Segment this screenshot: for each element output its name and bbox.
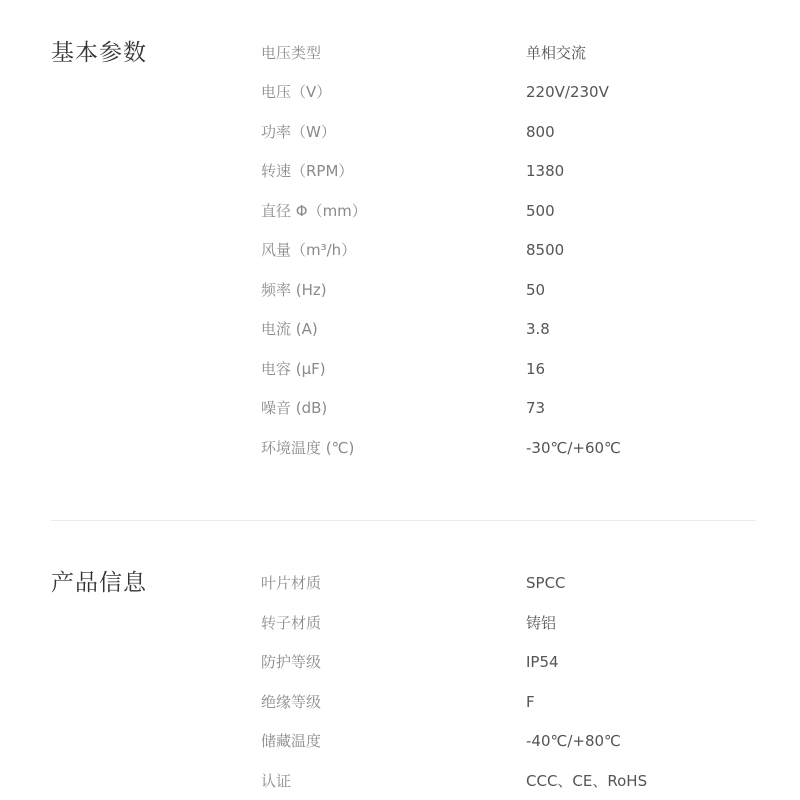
spec-value: F xyxy=(526,690,535,714)
spec-row: 叶片材质 SPCC xyxy=(0,571,800,595)
spec-label: 噪音 (dB) xyxy=(261,396,327,420)
spec-value: 16 xyxy=(526,357,545,381)
spec-label: 转子材质 xyxy=(261,611,321,635)
spec-row: 直径 Φ（mm） 500 xyxy=(0,199,800,223)
spec-row: 防护等级 IP54 xyxy=(0,650,800,674)
spec-row: 储藏温度 -40℃/+80℃ xyxy=(0,729,800,753)
spec-value: CCC、CE、RoHS xyxy=(526,769,647,793)
spec-label: 叶片材质 xyxy=(261,571,321,595)
spec-value: IP54 xyxy=(526,650,559,674)
spec-row: 功率（W） 800 xyxy=(0,120,800,144)
spec-value: 单相交流 xyxy=(526,41,586,65)
spec-label: 储藏温度 xyxy=(261,729,321,753)
spec-label: 电压（V） xyxy=(261,80,331,104)
spec-label: 电流 (A) xyxy=(261,317,318,341)
spec-label: 直径 Φ（mm） xyxy=(261,199,367,223)
spec-label: 功率（W） xyxy=(261,120,336,144)
spec-row: 噪音 (dB) 73 xyxy=(0,396,800,420)
spec-value: 1380 xyxy=(526,159,564,183)
spec-row: 环境温度 (℃) -30℃/+60℃ xyxy=(0,436,800,460)
spec-label: 绝缘等级 xyxy=(261,690,321,714)
spec-label: 电压类型 xyxy=(261,41,321,65)
spec-value: 铸铝 xyxy=(526,611,556,635)
spec-row: 风量（m³/h） 8500 xyxy=(0,238,800,262)
spec-value: -30℃/+60℃ xyxy=(526,436,621,460)
spec-value: 50 xyxy=(526,278,545,302)
spec-value: 8500 xyxy=(526,238,564,262)
spec-row: 电压（V） 220V/230V xyxy=(0,80,800,104)
spec-value: 500 xyxy=(526,199,555,223)
spec-value: 3.8 xyxy=(526,317,550,341)
spec-label: 认证 xyxy=(261,769,291,793)
spec-value: 800 xyxy=(526,120,555,144)
spec-label: 电容 (μF) xyxy=(261,357,326,381)
spec-row: 转子材质 铸铝 xyxy=(0,611,800,635)
spec-row: 电压类型 单相交流 xyxy=(0,41,800,65)
spec-label: 防护等级 xyxy=(261,650,321,674)
spec-value: SPCC xyxy=(526,571,566,595)
section-divider xyxy=(51,520,756,521)
spec-row: 转速（RPM） 1380 xyxy=(0,159,800,183)
spec-row: 认证 CCC、CE、RoHS xyxy=(0,769,800,793)
spec-row: 绝缘等级 F xyxy=(0,690,800,714)
spec-label: 频率 (Hz) xyxy=(261,278,327,302)
spec-value: -40℃/+80℃ xyxy=(526,729,621,753)
spec-label: 风量（m³/h） xyxy=(261,238,356,262)
spec-label: 环境温度 (℃) xyxy=(261,436,354,460)
spec-row: 电容 (μF) 16 xyxy=(0,357,800,381)
spec-row: 频率 (Hz) 50 xyxy=(0,278,800,302)
spec-row: 电流 (A) 3.8 xyxy=(0,317,800,341)
spec-value: 73 xyxy=(526,396,545,420)
spec-value: 220V/230V xyxy=(526,80,609,104)
spec-label: 转速（RPM） xyxy=(261,159,353,183)
